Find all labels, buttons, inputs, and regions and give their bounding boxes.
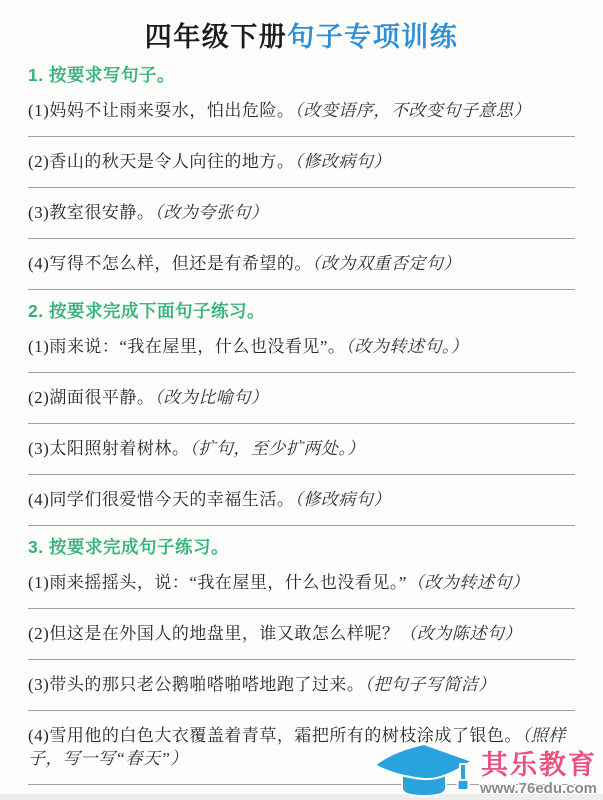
watermark-brand: 其乐教育 (481, 751, 597, 779)
answer-blank-line (28, 608, 575, 609)
question-note: （改为转述句。） (345, 337, 468, 356)
question-note: （改为转述句） (407, 573, 530, 592)
question: (3)带头的那只老公鹅啪嗒啪嗒地跑了过来。（把句子写简洁） (28, 673, 575, 696)
question-note: （修改病句） (294, 490, 391, 509)
question: (4)写得不怎么样，但还是有希望的。（改为双重否定句） (28, 252, 575, 275)
question-text: (1)妈妈不让雨来耍水，怕出危险。 (28, 101, 294, 120)
answer-blank-line (28, 238, 575, 239)
question: (1)妈妈不让雨来耍水，怕出危险。（改变语序，不改变句子意思） (28, 99, 575, 122)
question: (2)但这是在外国人的地盘里，谁又敢怎么样呢？（改为陈述句） (28, 622, 575, 645)
question-text: (4)同学们很爱惜今天的幸福生活。 (28, 490, 294, 509)
section-heading: 3. 按要求完成句子练习。 (28, 536, 575, 558)
question: (1)雨来摇摇头，说：“我在屋里，什么也没看见。”（改为转述句） (28, 571, 575, 594)
answer-blank-line (28, 474, 575, 475)
page-title-blue: 句子专项训练 (287, 22, 458, 52)
worksheet-page: 四年级下册句子专项训练 1. 按要求写句子。(1)妈妈不让雨来耍水，怕出危险。（… (0, 0, 603, 800)
question-text: (1)雨来说：“我在屋里，什么也没看见”。 (28, 337, 345, 356)
section-heading: 1. 按要求写句子。 (28, 64, 575, 86)
question-text: (2)湖面很平静。 (28, 388, 154, 407)
page-title: 四年级下册句子专项训练 (28, 20, 575, 54)
question-text: (2)但这是在外国人的地盘里，谁又敢怎么样呢？ (28, 624, 399, 643)
answer-blank-line (28, 289, 575, 290)
question: (2)湖面很平静。（改为比喻句） (28, 386, 575, 409)
sections-container: 1. 按要求写句子。(1)妈妈不让雨来耍水，怕出危险。（改变语序，不改变句子意思… (28, 64, 575, 785)
answer-blank-line (28, 187, 575, 188)
worksheet-section: 1. 按要求写句子。(1)妈妈不让雨来耍水，怕出危险。（改变语序，不改变句子意思… (28, 64, 575, 290)
page-title-black: 四年级下册 (145, 22, 288, 52)
worksheet-section: 2. 按要求完成下面句子练习。(1)雨来说：“我在屋里，什么也没看见”。（改为转… (28, 300, 575, 526)
question: (3)教室很安静。（改为夸张句） (28, 201, 575, 224)
question: (3)太阳照射着树林。（扩句，至少扩两处。） (28, 437, 575, 460)
question: (4)同学们很爱惜今天的幸福生活。（修改病句） (28, 488, 575, 511)
question-text: (3)太阳照射着树林。 (28, 439, 189, 458)
answer-blank-line (28, 710, 575, 711)
watermark-text: 其乐教育 www.76edu.com (480, 751, 597, 798)
section-heading: 2. 按要求完成下面句子练习。 (28, 300, 575, 322)
question-note: （修改病句） (294, 152, 391, 171)
answer-blank-line (28, 136, 575, 137)
question-note: （改为比喻句） (154, 388, 268, 407)
question-text: (3)教室很安静。 (28, 203, 154, 222)
question: (1)雨来说：“我在屋里，什么也没看见”。（改为转述句。） (28, 335, 575, 358)
question-text: (4)写得不怎么样，但还是有希望的。 (28, 254, 312, 273)
question-note: （改为双重否定句） (312, 254, 461, 273)
question-note: （把句子写简洁） (364, 675, 496, 694)
answer-blank-line (28, 423, 575, 424)
answer-blank-line (28, 525, 575, 526)
graduation-cap-icon (372, 738, 476, 798)
question-text: (1)雨来摇摇头，说：“我在屋里，什么也没看见。” (28, 573, 407, 592)
answer-blank-line (28, 659, 575, 660)
watermark-url: www.76edu.com (480, 779, 597, 798)
question-note: （扩句，至少扩两处。） (189, 439, 365, 458)
question-text: (3)带头的那只老公鹅啪嗒啪嗒地跑了过来。 (28, 675, 364, 694)
answer-blank-line (28, 372, 575, 373)
question: (2)香山的秋天是令人向往的地方。（修改病句） (28, 150, 575, 173)
question-text: (2)香山的秋天是令人向往的地方。 (28, 152, 294, 171)
question-note: （改为陈述句） (399, 624, 522, 643)
question-note: （改为夸张句） (154, 203, 268, 222)
question-note: （改变语序，不改变句子意思） (294, 101, 531, 120)
watermark: 其乐教育 www.76edu.com (372, 738, 597, 798)
